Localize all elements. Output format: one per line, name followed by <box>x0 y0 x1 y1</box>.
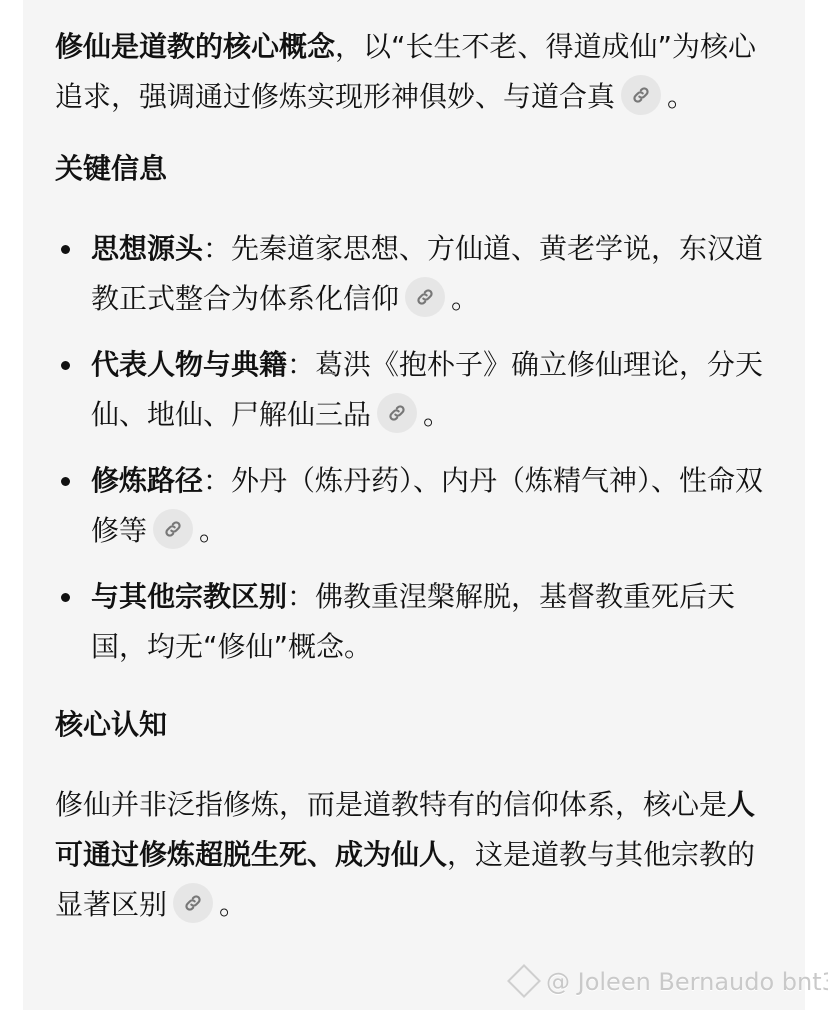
link-icon <box>387 403 407 423</box>
source-link-button[interactable] <box>621 75 661 115</box>
core-paragraph: 修仙并非泛指修炼，而是道教特有的信仰体系，核心是人可通过修炼超脱生死、成为仙人，… <box>55 780 775 930</box>
bullet-icon <box>61 245 70 254</box>
link-icon <box>183 893 203 913</box>
list-item: 代表人物与典籍：葛洪《抱朴子》确立修仙理论，分天仙、地仙、尸解仙三品。 <box>55 340 775 440</box>
intro-paragraph: 修仙是道教的核心概念，以“长生不老、得道成仙”为核心追求，强调通过修炼实现形神俱… <box>55 22 775 122</box>
bullet-icon <box>61 361 70 370</box>
list-item: 修炼路径：外丹（炼丹药）、内丹（炼精气神）、性命双修等。 <box>55 456 775 556</box>
watermark: @ Joleen Bernaudo bnt3 <box>512 968 828 996</box>
section-heading-core: 核心认知 <box>55 700 775 750</box>
source-link-button[interactable] <box>405 277 445 317</box>
section-heading-key-info: 关键信息 <box>55 144 775 194</box>
key-info-list: 思想源头：先秦道家思想、方仙道、黄老学说，东汉道教正式整合为体系化信仰。 代表人… <box>55 224 775 672</box>
source-link-button[interactable] <box>173 883 213 923</box>
link-icon <box>631 85 651 105</box>
intro-bold: 修仙是道教的核心概念 <box>55 30 335 63</box>
answer-content: 修仙是道教的核心概念，以“长生不老、得道成仙”为核心追求，强调通过修炼实现形神俱… <box>55 22 775 930</box>
answer-card: 修仙是道教的核心概念，以“长生不老、得道成仙”为核心追求，强调通过修炼实现形神俱… <box>23 0 805 1010</box>
source-link-button[interactable] <box>153 509 193 549</box>
bullet-icon <box>61 477 70 486</box>
list-item: 思想源头：先秦道家思想、方仙道、黄老学说，东汉道教正式整合为体系化信仰。 <box>55 224 775 324</box>
link-icon <box>163 519 183 539</box>
bullet-icon <box>61 593 70 602</box>
watermark-logo-icon <box>507 964 541 998</box>
source-link-button[interactable] <box>377 393 417 433</box>
list-item: 与其他宗教区别：佛教重涅槃解脱，基督教重死后天国，均无“修仙”概念。 <box>55 572 775 672</box>
link-icon <box>415 287 435 307</box>
